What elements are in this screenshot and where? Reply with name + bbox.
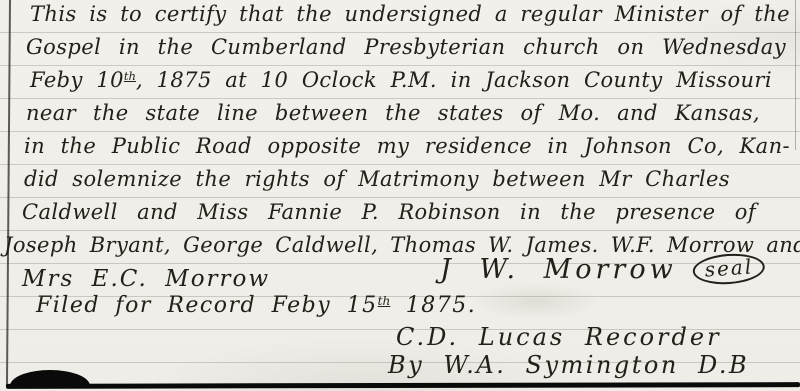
certificate-line-4: near the state line between the states o…	[26, 101, 760, 125]
filed-for-record-line: Filed for Record Feby 15th 1875.	[36, 293, 476, 318]
deputy-signature: By W.A. Symington D.B	[388, 351, 749, 379]
document-page: This is to certify that the undersigned …	[0, 0, 800, 391]
scan-bottom-edge-artifact	[6, 382, 800, 389]
minister-signature: J W. Morrowseal	[440, 254, 765, 287]
certificate-line-1: This is to certify that the undersigned …	[30, 2, 790, 26]
certificate-line-6: did solemnize the rights of Matrimony be…	[24, 167, 730, 191]
certificate-line-5: in the Public Road opposite my residence…	[24, 134, 790, 158]
left-margin-rule	[6, 0, 11, 387]
right-page-edge	[795, 0, 796, 150]
filed-text: Filed for Record Feby 15	[36, 293, 378, 318]
witness-name: Mrs E.C. Morrow	[22, 266, 270, 292]
signature-name: J W. Morrow	[440, 254, 677, 285]
ordinal-superscript: th	[124, 69, 136, 83]
ordinal-superscript: th	[378, 294, 391, 308]
certificate-line-2: Gospel in the Cumberland Presbyterian ch…	[26, 35, 786, 59]
certificate-line-7: Caldwell and Miss Fannie P. Robinson in …	[22, 200, 756, 224]
date-continuation: , 1875 at 10 Oclock P.M. in Jackson Coun…	[136, 68, 772, 92]
date-text: Feby 10	[30, 68, 124, 92]
seal-annotation: seal	[692, 252, 766, 287]
recorder-signature: C.D. Lucas Recorder	[396, 323, 722, 351]
certificate-line-3: Feby 10th, 1875 at 10 Oclock P.M. in Jac…	[30, 68, 772, 92]
filed-date: 1875.	[390, 293, 476, 318]
